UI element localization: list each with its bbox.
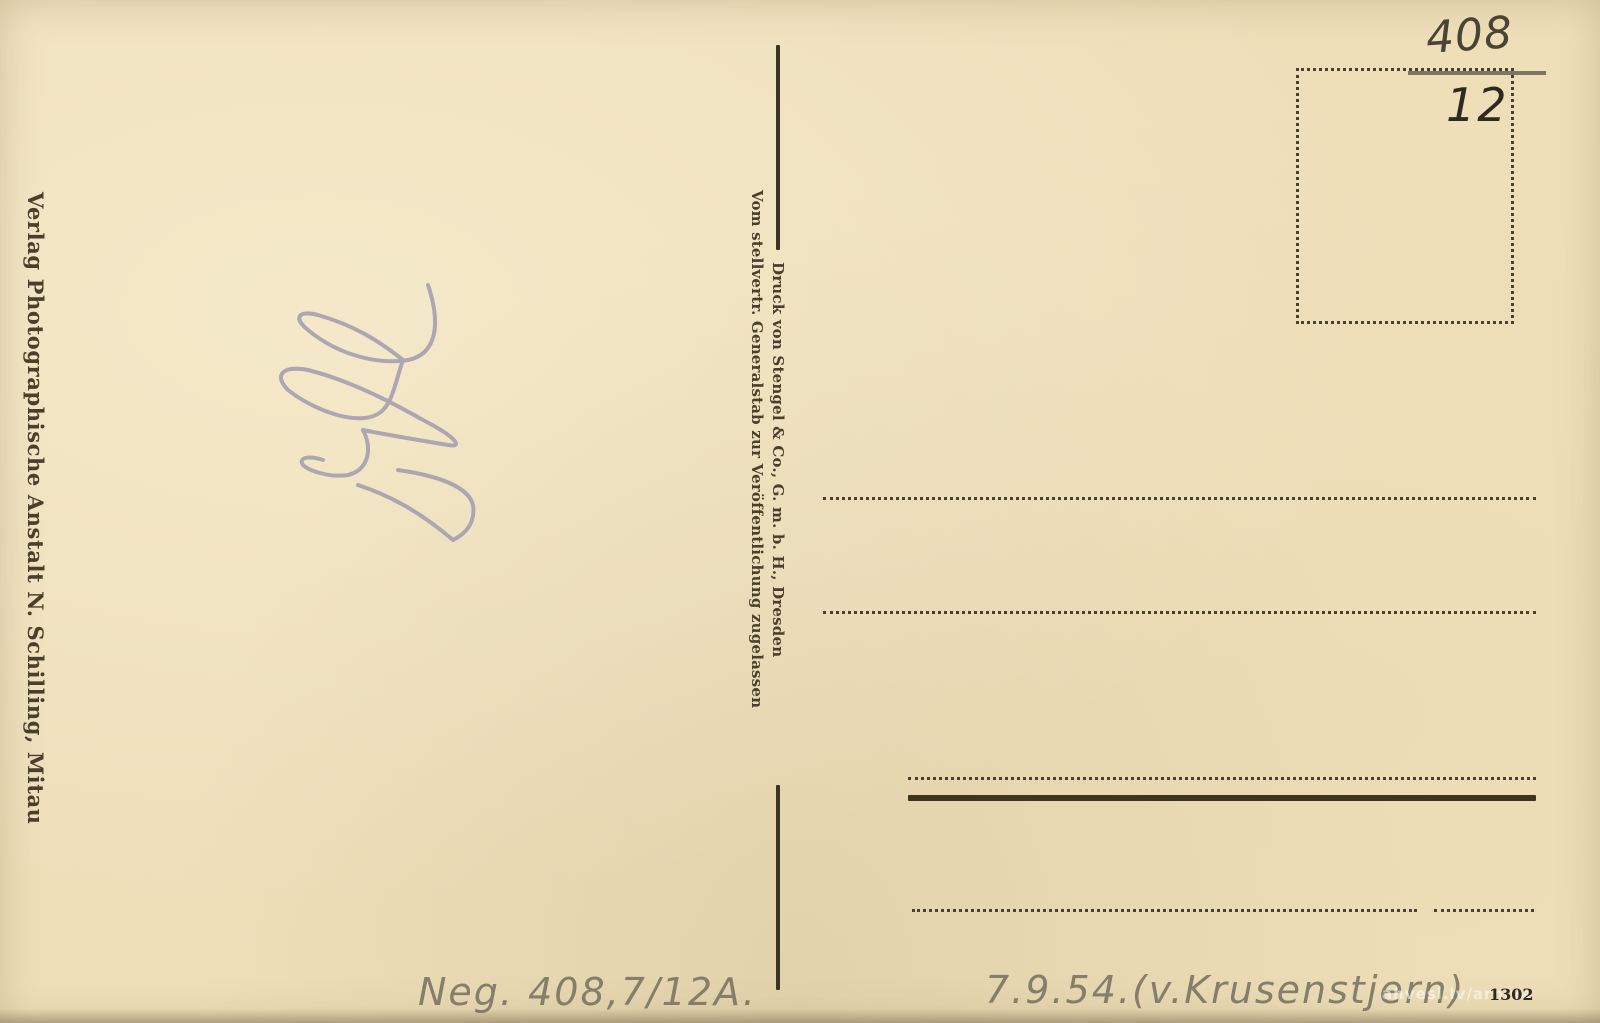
address-line-4 [912,909,1417,912]
censorship-approval: Vom stellvertr. Generalstab zur Veröffen… [748,190,766,708]
archive-number-bottom: 12 [1446,78,1509,132]
printer-imprint: Druck von Stengel & Co., G. m. b. H., Dr… [769,262,787,657]
address-line-1 [823,497,1536,500]
postcard-back: Verlag Photographische Anstalt N. Schill… [0,0,1600,1023]
publisher-imprint: Verlag Photographische Anstalt N. Schill… [23,192,48,825]
address-line-4-end [1434,909,1534,912]
archive-fraction-line [1408,71,1546,75]
pencil-scribble-icon [268,270,498,570]
edge-shadow [0,1009,1600,1023]
address-underline-solid [908,795,1536,801]
catalog-number: 1302 [1489,985,1534,1004]
address-line-2 [823,611,1536,614]
address-line-3 [908,777,1536,780]
divider-rule-bottom [776,785,780,990]
negative-number-note: Neg. 408,7/12A. [418,970,757,1014]
archive-number-top: 408 [1424,7,1514,64]
divider-rule-top [776,45,780,250]
